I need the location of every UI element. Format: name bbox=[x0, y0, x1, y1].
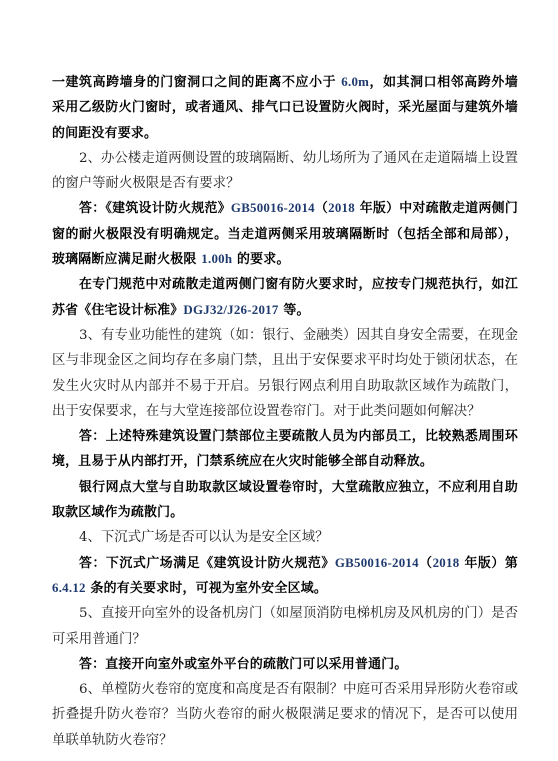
question-paragraph: 5、直接开向室外的设备机房门（如屋顶消防电梯机房及风机房的门）是否可采用普通门？ bbox=[52, 601, 518, 652]
text-run: 答：《建筑设计防火规范》 bbox=[79, 201, 231, 216]
text-run: 3、有专业功能性的建筑（如：银行、金融类）因其自身安全需要，在现金区与非现金区之… bbox=[52, 328, 518, 419]
text-run: 年版）第 bbox=[459, 556, 518, 571]
text-run: （ bbox=[419, 556, 433, 571]
text-run: （ bbox=[315, 201, 328, 216]
question-paragraph: 3、有专业功能性的建筑（如：银行、金融类）因其自身安全需要，在现金区与非现金区之… bbox=[52, 323, 518, 424]
answer-paragraph: 答：上述特殊建筑设置门禁部位主要疏散人员为内部员工，比较熟悉周围环境，且易于从内… bbox=[52, 424, 518, 475]
text-run: 银行网点大堂与自助取款区域设置卷帘时，大堂疏散应独立，不应利用自助取款区域作为疏… bbox=[52, 480, 518, 520]
document-page: 一建筑高跨墙身的门窗洞口之间的距离不应小于 6.0m，如其洞口相邻高跨外墙采用乙… bbox=[52, 70, 518, 753]
number-run: 1.00h bbox=[201, 252, 232, 266]
text-run: 答：上述特殊建筑设置门禁部位主要疏散人员为内部员工，比较熟悉周围环境，且易于从内… bbox=[52, 429, 518, 469]
text-run: 的要求。 bbox=[232, 252, 289, 267]
answer-paragraph: 在专门规范中对疏散走道两侧门窗有防火要求时，应按专门规范执行，如江苏省《住宅设计… bbox=[52, 272, 518, 323]
question-paragraph: 6、单樘防火卷帘的宽度和高度是否有限制？中庭可否采用异形防火卷帘或折叠提升防火卷… bbox=[52, 677, 518, 753]
text-run: 6、单樘防火卷帘的宽度和高度是否有限制？中庭可否采用异形防火卷帘或折叠提升防火卷… bbox=[52, 682, 518, 748]
text-run: 2、办公楼走道两侧设置的玻璃隔断、幼儿场所为了通风在走道隔墙上设置的窗户等耐火极… bbox=[52, 151, 518, 191]
text-run: 条的有关要求时，可视为室外安全区域。 bbox=[86, 581, 327, 596]
answer-paragraph: 答：下沉式广场满足《建筑设计防火规范》GB50016-2014（2018 年版）… bbox=[52, 551, 518, 602]
text-run: 4、下沉式广场是否可以认为是安全区域？ bbox=[79, 530, 329, 545]
number-run: 2018 bbox=[328, 201, 355, 215]
text-run: 答：下沉式广场满足《建筑设计防火规范》 bbox=[79, 556, 335, 571]
text-run: 答：直接开向室外或室外平台的疏散门可以采用普通门。 bbox=[79, 657, 408, 672]
text-run: 一建筑高跨墙身的门窗洞口之间的距离不应小于 bbox=[52, 75, 341, 90]
text-run: 等。 bbox=[279, 303, 310, 318]
number-run: 6.0m bbox=[341, 75, 369, 89]
number-run: 2018 bbox=[433, 556, 460, 570]
question-paragraph: 2、办公楼走道两侧设置的玻璃隔断、幼儿场所为了通风在走道隔墙上设置的窗户等耐火极… bbox=[52, 146, 518, 197]
number-run: GB50016-2014 bbox=[335, 556, 419, 570]
answer-paragraph: 答：《建筑设计防火规范》GB50016-2014（2018 年版）中对疏散走道两… bbox=[52, 196, 518, 272]
answer-paragraph: 答：直接开向室外或室外平台的疏散门可以采用普通门。 bbox=[52, 652, 518, 677]
number-run: GB50016-2014 bbox=[231, 201, 315, 215]
answer-paragraph: 银行网点大堂与自助取款区域设置卷帘时，大堂疏散应独立，不应利用自助取款区域作为疏… bbox=[52, 475, 518, 526]
number-run: DGJ32/J26-2017 bbox=[183, 303, 278, 317]
question-paragraph: 4、下沉式广场是否可以认为是安全区域？ bbox=[52, 525, 518, 550]
answer-paragraph: 一建筑高跨墙身的门窗洞口之间的距离不应小于 6.0m，如其洞口相邻高跨外墙采用乙… bbox=[52, 70, 518, 146]
text-run: 5、直接开向室外的设备机房门（如屋顶消防电梯机房及风机房的门）是否可采用普通门？ bbox=[52, 606, 518, 646]
number-run: 6.4.12 bbox=[52, 581, 86, 595]
